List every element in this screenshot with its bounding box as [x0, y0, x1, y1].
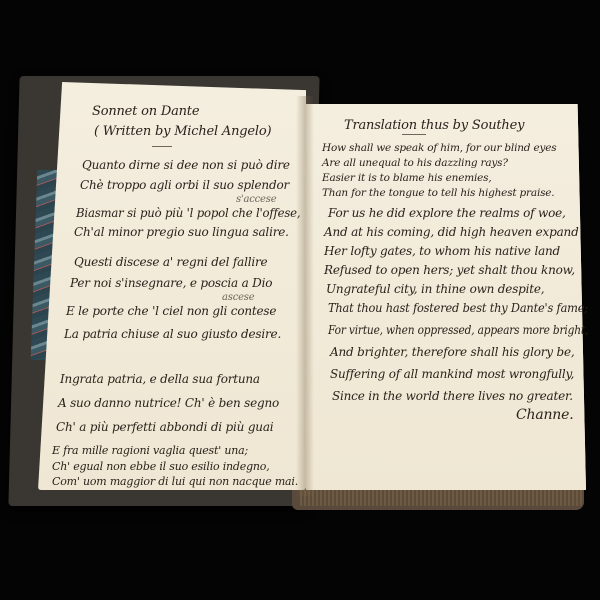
left-line: Ingrata patria, e della sua fortuna — [60, 372, 260, 386]
left-line: E fra mille ragioni vaglia quest' una; — [52, 444, 248, 457]
left-page-title: Sonnet on Dante — [92, 104, 199, 119]
left-line: La patria chiuse al suo giusto desire. — [64, 327, 281, 341]
left-line: Com' uom maggior di lui qui non nacque m… — [52, 475, 298, 488]
right-page-title: Translation thus by Southey — [344, 118, 524, 133]
left-line: Per noi s'insegnare, e poscia a Dio — [70, 276, 272, 290]
left-line: E le porte che 'l ciel non gli contese — [66, 304, 276, 318]
title-underline — [152, 146, 172, 147]
right-line: How shall we speak of him, for our blind… — [322, 142, 556, 154]
annotation: ascese — [222, 292, 254, 303]
right-line: Than for the tongue to tell his highest … — [322, 187, 554, 199]
right-line: Suffering of all mankind most wrongfully… — [330, 367, 574, 381]
right-line: For virtue, when oppressed, appears more… — [328, 323, 588, 337]
right-line: That thou hast fostered best thy Dante's… — [328, 301, 588, 315]
title-underline — [402, 134, 426, 135]
signature: Channe. — [516, 407, 573, 423]
left-page-subtitle: ( Written by Michel Angelo) — [94, 124, 271, 139]
right-line: And at his coming, did high heaven expan… — [324, 225, 579, 239]
annotation: s'accese — [236, 194, 276, 205]
right-line: And brighter, therefore shall his glory … — [330, 345, 574, 359]
right-line: Easier it is to blame his enemies, — [322, 172, 491, 184]
left-line: Ch' egual non ebbe il suo esilio indegno… — [52, 460, 270, 473]
left-line: Ch' a più perfetti abbondi di più guai — [56, 420, 273, 434]
left-line: Chè troppo agli orbi il suo splendor — [80, 178, 289, 192]
left-line: Ch'al minor pregio suo lingua salire. — [74, 225, 289, 239]
left-line: Questi discese a' regni del fallire — [74, 255, 267, 269]
right-line: Ungrateful city, in thine own despite, — [326, 282, 544, 296]
left-line: Quanto dirne si dee non si può dire — [82, 158, 290, 172]
left-line: Biasmar si può più 'l popol che l'offese… — [76, 206, 300, 220]
left-line: A suo danno nutrice! Ch' è ben segno — [58, 396, 279, 410]
right-line: Refused to open hers; yet shalt thou kno… — [324, 263, 575, 277]
right-line: For us he did explore the realms of woe, — [328, 206, 566, 220]
book-gutter — [296, 96, 314, 496]
photo-stage: Sonnet on Dante ( Written by Michel Ange… — [0, 0, 600, 600]
right-line: Are all unequal to his dazzling rays? — [322, 157, 508, 169]
right-line: Since in the world there lives no greate… — [332, 389, 573, 403]
right-line: Her lofty gates, to whom his native land — [324, 244, 560, 258]
